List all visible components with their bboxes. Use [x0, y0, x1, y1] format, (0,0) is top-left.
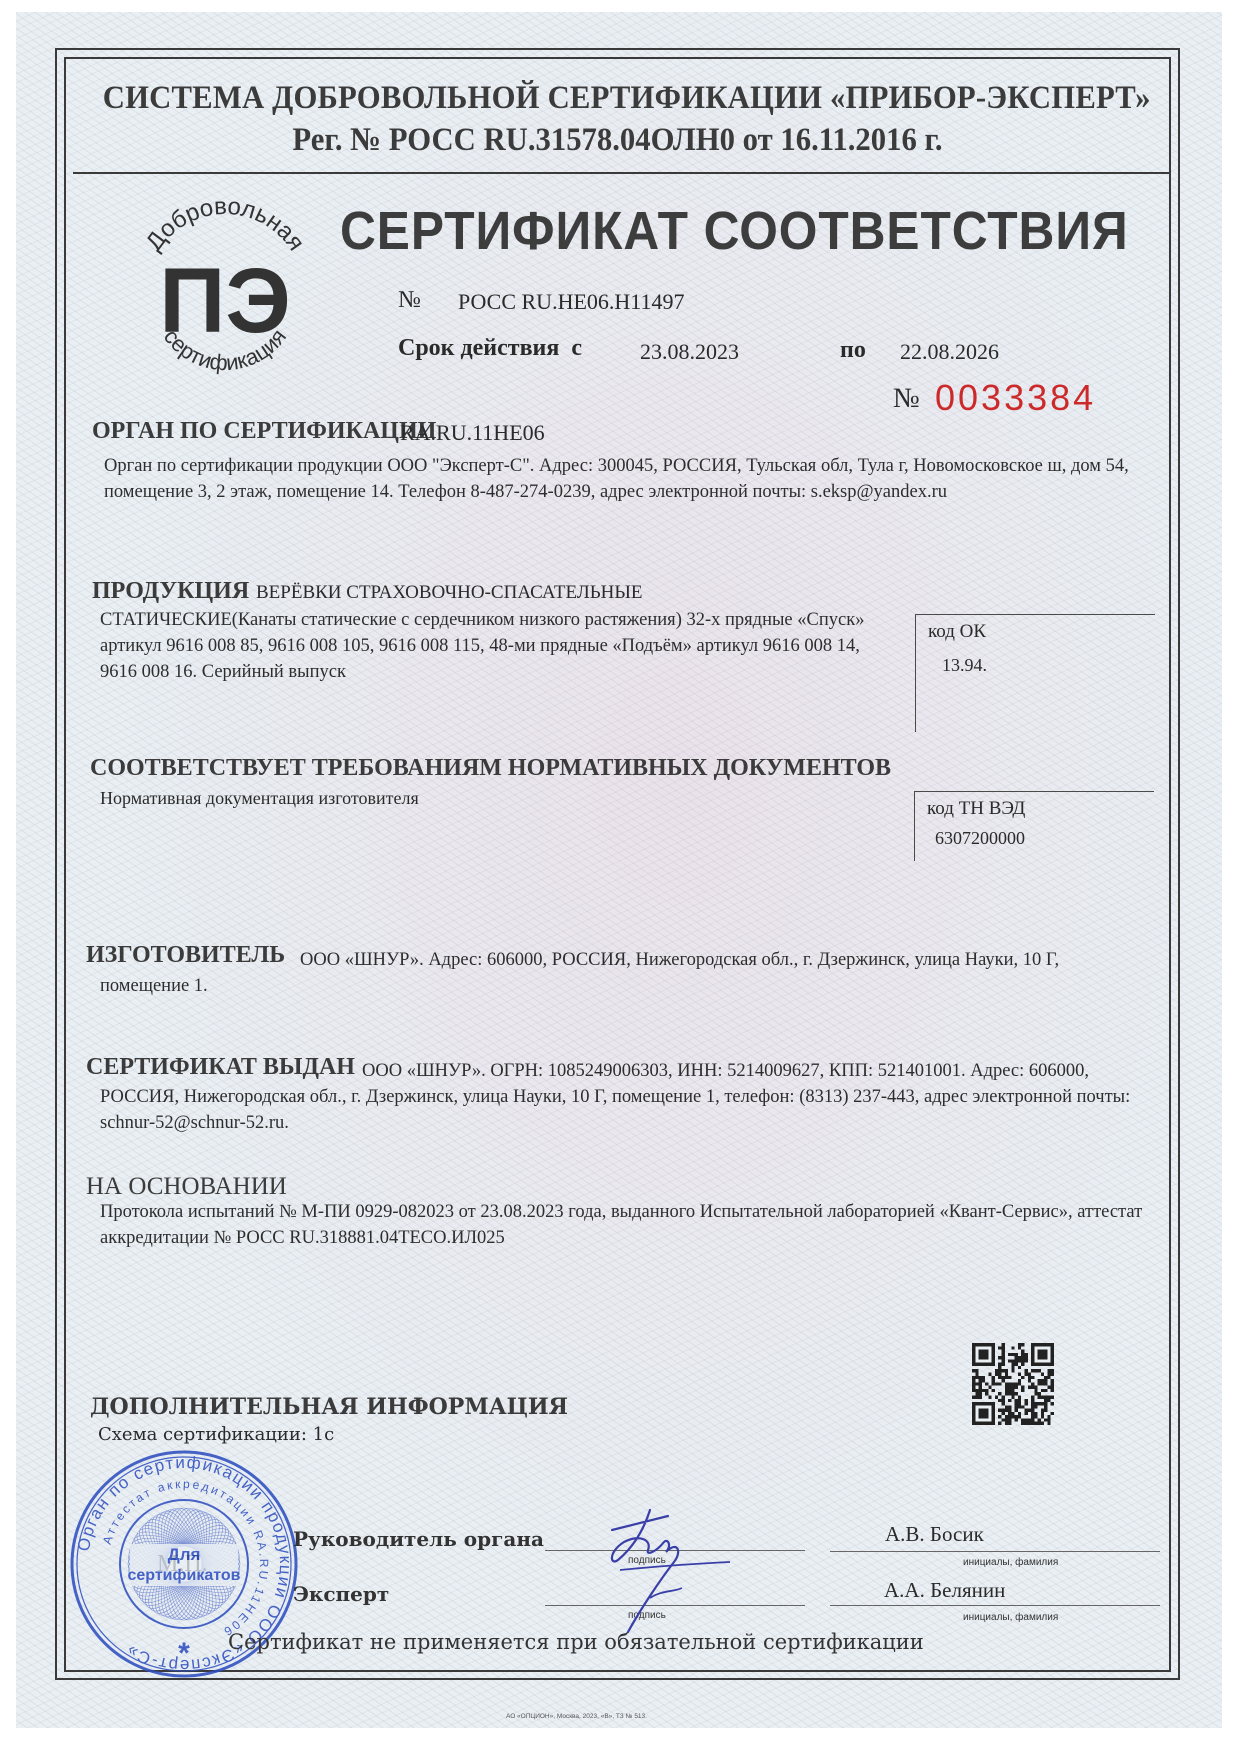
svg-text:Добровольная: Добровольная	[141, 200, 310, 256]
basis-heading: НА ОСНОВАНИИ	[86, 1173, 287, 1201]
issued-to-details: ООО «ШНУР». ОГРН: 1085249006303, ИНН: 52…	[100, 1058, 1135, 1136]
tnved-code-box: код ТН ВЭД 6307200000	[914, 791, 1154, 861]
serial-number: 0033384	[935, 377, 1096, 419]
head-name-line	[830, 1551, 1160, 1552]
manufacturer-details: ООО «ШНУР». Адрес: 606000, РОССИЯ, Нижег…	[100, 947, 1135, 999]
pe-logo: Добровольная сертификация ПЭ	[125, 200, 325, 390]
head-name: А.В. Босик	[885, 1522, 984, 1547]
expert-name-caption: инициалы, фамилия	[963, 1612, 1058, 1623]
product-description: СТАТИЧЕСКИЕ(Канаты статические с сердечн…	[100, 607, 900, 685]
expert-name-line	[830, 1605, 1160, 1606]
footer-note: Сертификат не применяется при обязательн…	[228, 1630, 924, 1654]
handwritten-signature-icon	[590, 1490, 750, 1640]
ok-code-box: код ОК 13.94.	[915, 614, 1155, 732]
certification-body-heading: ОРГАН ПО СЕРТИФИКАЦИИ	[92, 418, 436, 445]
basis-details: Протокола испытаний № М-ПИ 0929-082023 о…	[100, 1199, 1150, 1251]
conformity-heading: СООТВЕТСТВУЕТ ТРЕБОВАНИЯМ НОРМАТИВНЫХ ДО…	[90, 755, 891, 782]
certification-body-details: Орган по сертификации продукции ООО "Экс…	[104, 453, 1154, 505]
qr-code[interactable]	[972, 1343, 1054, 1425]
head-of-body-label: Руководитель органа	[293, 1527, 544, 1551]
expert-label: Эксперт	[293, 1582, 389, 1606]
ok-code-value: 13.94.	[942, 655, 987, 676]
tnved-code-label: код ТН ВЭД	[927, 798, 1025, 820]
qr-code-icon	[972, 1343, 1054, 1425]
product-name-line1: ВЕРЁВКИ СТРАХОВОЧНО-СПАСАТЕЛЬНЫЕ	[256, 582, 643, 604]
certificate-title: СЕРТИФИКАТ СООТВЕТСТВИЯ	[340, 200, 1129, 262]
certificate-number: РОСС RU.HE06.H11497	[458, 289, 684, 315]
svg-text:ПЭ: ПЭ	[159, 250, 291, 352]
serial-number-label: №	[893, 383, 920, 415]
expert-name: А.А. Белянин	[884, 1578, 1005, 1603]
tnved-code-value: 6307200000	[935, 828, 1025, 849]
certificate-number-label: №	[398, 287, 421, 314]
system-title: СИСТЕМА ДОБРОВОЛЬНОЙ СЕРТИФИКАЦИИ «ПРИБО…	[103, 80, 1133, 117]
pe-logo-icon: Добровольная сертификация ПЭ	[125, 200, 325, 390]
svg-text:сертификатов: сертификатов	[127, 1567, 240, 1584]
valid-to: 22.08.2026	[900, 339, 999, 365]
valid-to-label: по	[840, 337, 866, 364]
svg-text:Для: Для	[168, 1545, 201, 1564]
header-divider	[73, 172, 1169, 174]
system-registration: Рег. № РОСС RU.31578.04ОЛН0 от 16.11.201…	[103, 122, 1133, 159]
validity-label: Срок действия с	[398, 335, 582, 362]
head-name-caption: инициалы, фамилия	[963, 1557, 1058, 1568]
product-heading: ПРОДУКЦИЯ	[92, 578, 249, 605]
additional-info-heading: ДОПОЛНИТЕЛЬНАЯ ИНФОРМАЦИЯ	[90, 1394, 568, 1420]
conformity-documents: Нормативная документация изготовителя	[100, 788, 419, 809]
valid-from: 23.08.2023	[640, 339, 739, 365]
printer-imprint: АО «ОПЦИОН», Москва, 2023, «В», ТЗ № 513…	[506, 1713, 647, 1720]
ok-code-label: код ОК	[928, 621, 986, 643]
certification-body-code: RA.RU.11HE06	[400, 420, 545, 446]
certification-scheme: Схема сертификации: 1с	[98, 1424, 334, 1445]
svg-text:*: *	[178, 1637, 190, 1670]
